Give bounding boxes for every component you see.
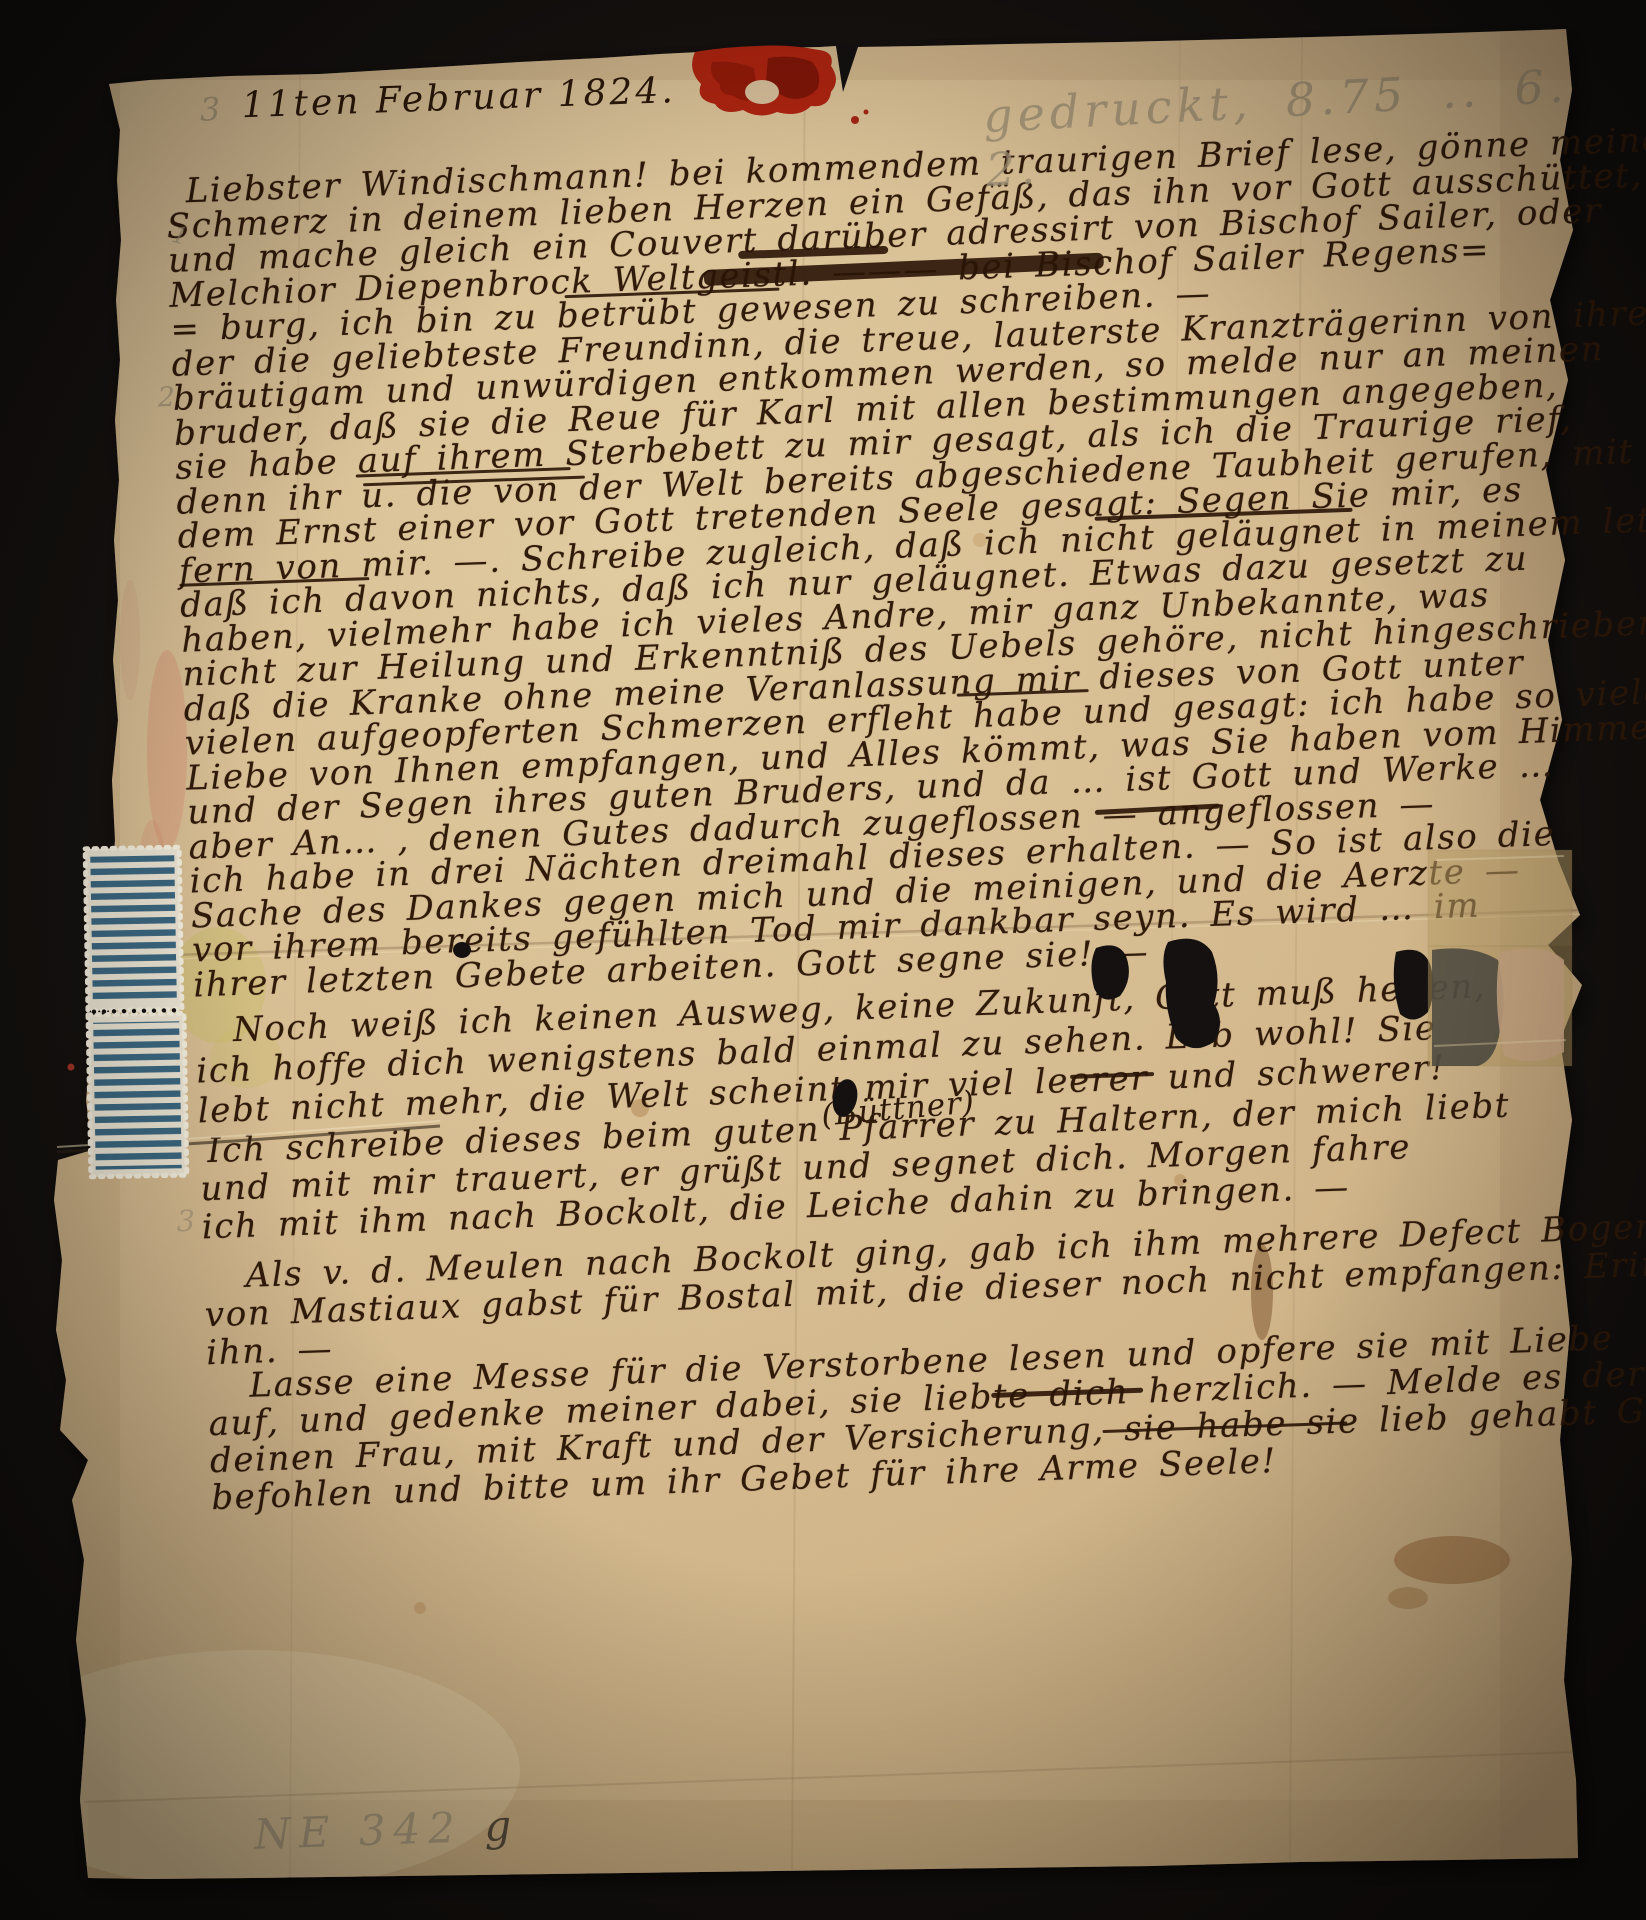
letter-line: Noch weiß ich keinen Ausweg, keine Zukun… (232, 966, 1487, 1050)
letter-line: bräutigam und unwürdigen entkommen werde… (172, 329, 1605, 419)
margin-mark-3: 3 (176, 1204, 196, 1239)
letter-line: ich habe in drei Nächten dreimahl dieses… (189, 814, 1556, 902)
paper-objects (0, 0, 1646, 1920)
tape-repair (1428, 850, 1572, 1066)
ink-strikethrough (738, 246, 888, 259)
pencil-note-top-right: gedruckt, 8.75 .. 6. 2. (982, 55, 1646, 197)
letter-line: ihrer letzten Gebete arbeiten. Gott segn… (193, 932, 1150, 1005)
pencil-page-number: 3 (199, 90, 221, 129)
paper-sheet (0, 0, 1646, 1920)
ink-underline (179, 577, 369, 587)
letter-line: ich hoffe dich wenigstens bald einmal zu… (196, 1008, 1438, 1091)
letter-line: haben, vielmehr habe ich vieles Andre, m… (181, 575, 1491, 661)
ink-underline (957, 689, 1089, 697)
inventory-number: NE 342 g (253, 1801, 520, 1859)
letter-line: und mache gleich ein Couvert darüber adr… (167, 191, 1602, 281)
letter-line: deinen Frau, mit Kraft und der Versicher… (209, 1389, 1646, 1481)
photo-vignette (0, 0, 1646, 1920)
ink-blackout (704, 253, 1104, 286)
letter-line: denn ihr u. die von der Welt bereits abg… (176, 431, 1635, 522)
postage-stamps (64, 847, 187, 1177)
letter-line: bruder, daß sie die Reue für Karl mit al… (173, 365, 1558, 453)
letter-line: dem Ernst einer vor Gott tretenden Seele… (177, 470, 1523, 557)
inventory-suffix: g (483, 1801, 520, 1851)
ink-underline (1102, 1421, 1347, 1433)
wax-seal (692, 46, 868, 125)
letter-line: ich mit ihm nach Bockolt, die Leiche dah… (201, 1167, 1350, 1247)
letter-line: Melchior Diepenbrock Weltgeistl. ——— bei… (169, 229, 1491, 315)
letter-line: Liebe von Ihnen empfangen, und Alles köm… (185, 707, 1646, 799)
letter-line: fern von mir. —. Schreibe zugleich, daß … (178, 497, 1646, 591)
letter-line: daß die Kranke ohne meine Veranlassung m… (183, 642, 1525, 729)
ink-underline (1095, 508, 1353, 521)
date-line: 11ten Februar 1824. (241, 70, 676, 126)
letter-line: vor ihrem bereits gefühlten Tod mir dank… (191, 886, 1480, 971)
ink-strikethrough (991, 1388, 1143, 1398)
letter-line: vielen aufgeopferten Schmerzen erfleht h… (184, 672, 1646, 764)
ink-underline (356, 467, 571, 478)
ink-strikethrough (1095, 803, 1220, 815)
paper-holes (85, 46, 1434, 1119)
letter-line: Schmerz in deinem lieben Herzen ein Gefä… (166, 155, 1643, 247)
letter-text-layer: 11ten Februar 1824. Liebster Windischman… (0, 0, 1646, 1920)
letter-line: Sache des Dankes gegen mich und die mein… (190, 850, 1521, 936)
letter-line: von Mastiaux gabst für Bostal mit, die d… (204, 1241, 1646, 1335)
letter-line: und der Segen ihres guten Bruders, und d… (187, 745, 1555, 833)
paper-stains (0, 20, 1590, 1890)
letter-line: und mit mir trauert, er grüßt und segnet… (200, 1127, 1412, 1209)
red-speck (67, 1064, 74, 1071)
margin-mark-2: 2 (157, 382, 175, 414)
letter-body: Liebster Windischmann! bei kommendem tra… (0, 0, 1639, 6)
photograph-stage: 11ten Februar 1824. Liebster Windischman… (0, 0, 1646, 1920)
pencil-note-right: 25 (1519, 1024, 1553, 1055)
letter-line: aber An… , denen Gutes dadurch zugefloss… (188, 784, 1436, 868)
letter-line: Liebster Windischmann! bei kommendem tra… (185, 119, 1646, 212)
letter-line: befohlen und bitte um ihr Gebet für ihre… (211, 1441, 1278, 1518)
letter-line: Lasse eine Messe für die Verstorbene les… (249, 1318, 1615, 1406)
letter-line: Ich schreibe dieses beim guten Pfarrer z… (206, 1086, 1510, 1171)
letter-line: lebt nicht mehr, die Welt scheint mir vi… (197, 1048, 1446, 1132)
inventory-number-text: NE 342 (253, 1803, 464, 1859)
letter-line: = burg, ich bin zu betrübt gewesen zu sc… (170, 274, 1212, 350)
letter-line: Als v. d. Meulen nach Bockolt ging, gab … (245, 1207, 1646, 1296)
ink-underline (363, 476, 585, 487)
ink-strikethrough (1070, 1072, 1154, 1079)
letter-line: nicht zur Heilung und Erkenntniß des Ueb… (182, 603, 1646, 695)
letter-line: daß ich davon nichts, daß ich nur geläug… (179, 539, 1528, 626)
insertion-buettner: (Büttner) (820, 1084, 977, 1133)
tear-crack (57, 1121, 440, 1152)
margin-mark-1: 1 (169, 220, 191, 251)
letter-line: der die geliebteste Freundinn, die treue… (171, 292, 1646, 385)
letter-line: sie habe auf ihrem Sterbebett zu mir ges… (175, 399, 1574, 488)
letter-line: auf, und gedenke meiner dabei, sie liebt… (208, 1354, 1646, 1444)
letter-line: ihn. — (206, 1329, 334, 1373)
ink-underline (565, 288, 780, 299)
